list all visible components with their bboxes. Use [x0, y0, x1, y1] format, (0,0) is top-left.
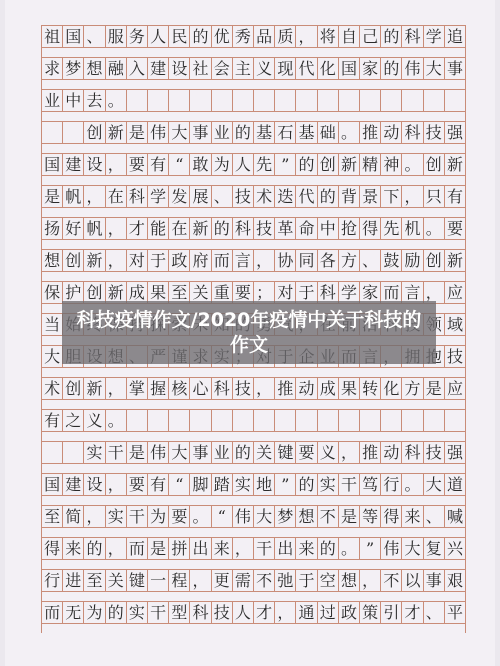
grid-cell: 至 — [83, 570, 104, 591]
grid-cell: 只 — [423, 186, 444, 207]
grid-cell: 想 — [83, 58, 104, 79]
grid-cell: 推 — [274, 378, 295, 399]
grid-cell: 兴 — [444, 538, 466, 559]
grid-cell — [380, 410, 401, 431]
grid-cell: 国 — [41, 474, 62, 495]
grid-cell — [380, 90, 401, 111]
grid-cell: 代 — [295, 58, 316, 79]
grid-cell — [317, 410, 338, 431]
grid-cell: 的 — [380, 58, 401, 79]
grid-cell: “ — [211, 506, 232, 527]
grid-cell: 得 — [359, 218, 380, 239]
grid-cell: 义 — [83, 410, 104, 431]
grid-cell: 设 — [83, 474, 104, 495]
row-gap — [41, 592, 466, 601]
title-overlay: 科技疫情作文/2020年疫情中关于科技的作文 — [62, 301, 436, 364]
grid-cell: 业 — [211, 122, 232, 143]
grid-cell: 大 — [401, 538, 422, 559]
grid-cell: 家 — [359, 58, 380, 79]
grid-cell: 务 — [126, 26, 147, 47]
row-gap — [41, 624, 466, 633]
grid-cell: 更 — [211, 570, 232, 591]
grid-cell: 祖 — [41, 26, 62, 47]
grid-cell: 技 — [423, 122, 444, 143]
grid-cell: 空 — [317, 570, 338, 591]
grid-cell: 大 — [253, 506, 274, 527]
grid-cell: 大 — [423, 58, 444, 79]
grid-cell: 建 — [62, 474, 83, 495]
grid-cell: 人 — [147, 26, 168, 47]
grid-cell: 民 — [168, 26, 189, 47]
grid-cell: 扬 — [41, 218, 62, 239]
grid-cell: 是 — [338, 506, 359, 527]
grid-cell: ， — [105, 538, 126, 559]
grid-cell — [401, 410, 422, 431]
grid-cell: 政 — [168, 250, 189, 271]
grid-cell: 的 — [83, 538, 104, 559]
grid-cell: 基 — [295, 122, 316, 143]
grid-cell: 科 — [232, 218, 253, 239]
grid-cell: 程 — [168, 570, 189, 591]
grid-cell: 事 — [423, 570, 444, 591]
grid-cell: 伟 — [147, 442, 168, 463]
grid-cell: 至 — [41, 506, 62, 527]
grid-cell: 新 — [444, 154, 466, 175]
grid-cell: 自 — [338, 26, 359, 47]
grid-cell: 得 — [380, 506, 401, 527]
grid-row: 实干是伟大事业的关键要义，推动科技强 — [41, 441, 466, 473]
grid-cell: 事 — [189, 122, 210, 143]
grid-row: 求梦想融入建设社会主义现代化国家的伟大事 — [41, 57, 466, 89]
grid-cell: 石 — [274, 122, 295, 143]
grid-cell: 科 — [317, 282, 338, 303]
grid-cell: 需 — [232, 570, 253, 591]
grid-cell: 过 — [317, 602, 338, 623]
grid-cell: 设 — [168, 58, 189, 79]
grid-cell: 新 — [105, 282, 126, 303]
grid-cell: ， — [105, 218, 126, 239]
grid-cell: 以 — [401, 570, 422, 591]
grid-row-cells: 扬好帆，才能在新的科技革命中抢得先机。要 — [41, 217, 466, 240]
grid-cell: 、 — [423, 506, 444, 527]
grid-cell: 学 — [338, 282, 359, 303]
grid-cell: 要 — [126, 474, 147, 495]
grid-cell: 技 — [253, 218, 274, 239]
grid-cell: 等 — [359, 506, 380, 527]
grid-cell: 动 — [380, 442, 401, 463]
grid-cell: 的 — [295, 474, 316, 495]
grid-cell: 业 — [211, 442, 232, 463]
grid-cell: 掌 — [126, 378, 147, 399]
grid-cell: 果 — [147, 282, 168, 303]
grid-cell: ， — [401, 186, 422, 207]
row-gap — [41, 272, 466, 281]
grid-cell: 要 — [295, 442, 316, 463]
grid-cell: 保 — [41, 282, 62, 303]
grid-cell: 各 — [317, 250, 338, 271]
row-gap — [41, 112, 466, 121]
grid-cell: 而 — [126, 538, 147, 559]
grid-row: 祖国、服务人民的优秀品质，将自己的科学追 — [41, 25, 466, 57]
grid-cell: ， — [359, 570, 380, 591]
grid-cell — [211, 90, 232, 111]
grid-cell: 强 — [444, 442, 466, 463]
grid-row-cells: 有之义。 — [41, 409, 466, 432]
grid-cell: 是 — [423, 378, 444, 399]
grid-cell: 能 — [147, 218, 168, 239]
grid-cell: 业 — [41, 90, 62, 111]
grid-cell: 发 — [168, 186, 189, 207]
grid-cell — [423, 410, 444, 431]
grid-cell: 迭 — [274, 186, 295, 207]
grid-cell: 实 — [105, 506, 126, 527]
grid-cell — [62, 122, 83, 143]
grid-cell: 创 — [83, 282, 104, 303]
grid-cell: ” — [274, 154, 295, 175]
grid-cell: 道 — [444, 474, 466, 495]
grid-row-cells: 得来的，而是拼出来，干出来的。”伟大复兴 — [41, 537, 466, 560]
grid-cell — [41, 442, 62, 463]
grid-cell — [274, 410, 295, 431]
grid-cell: 己 — [359, 26, 380, 47]
grid-cell: 言 — [232, 250, 253, 271]
grid-cell: 求 — [41, 58, 62, 79]
grid-cell: 科 — [189, 602, 210, 623]
grid-row-cells: 国建设，要有“敢为人先”的创新精神。创新 — [41, 153, 466, 176]
grid-cell: 技 — [423, 442, 444, 463]
grid-cell: 技 — [444, 346, 466, 367]
grid-cell — [126, 90, 147, 111]
grid-cell — [147, 90, 168, 111]
grid-cell — [189, 410, 210, 431]
grid-cell: 想 — [295, 506, 316, 527]
grid-cell: 化 — [317, 58, 338, 79]
grid-cell: 去 — [83, 90, 104, 111]
grid-cell: 、 — [359, 250, 380, 271]
grid-cell: 、 — [83, 26, 104, 47]
grid-cell: 革 — [274, 218, 295, 239]
grid-cell: 伟 — [380, 538, 401, 559]
grid-cell: ， — [253, 378, 274, 399]
grid-cell: 新 — [444, 250, 466, 271]
grid-cell: 有 — [41, 410, 62, 431]
grid-cell: 建 — [62, 154, 83, 175]
grid-row-cells: 至简，实干为要。“伟大梦想不是等得来、喊 — [41, 505, 466, 528]
grid-cell: 复 — [423, 538, 444, 559]
grid-cell: 握 — [147, 378, 168, 399]
grid-cell: 通 — [295, 602, 316, 623]
grid-row-cells: 是帆，在科学发展、技术迭代的背景下，只有 — [41, 185, 466, 208]
grid-cell: 的 — [317, 186, 338, 207]
grid-cell: 技 — [211, 602, 232, 623]
grid-cell: 于 — [295, 282, 316, 303]
grid-cell: 在 — [168, 218, 189, 239]
grid-cell: ， — [189, 570, 210, 591]
grid-cell: 键 — [274, 442, 295, 463]
grid-cell: 背 — [338, 186, 359, 207]
grid-cell: 想 — [41, 250, 62, 271]
grid-cell: 果 — [338, 378, 359, 399]
grid-cell — [62, 442, 83, 463]
grid-cell: 新 — [105, 122, 126, 143]
grid-cell: 新 — [83, 250, 104, 271]
grid-cell: 精 — [359, 154, 380, 175]
grid-cell: 化 — [380, 378, 401, 399]
grid-cell: 来 — [401, 506, 422, 527]
grid-cell: 出 — [189, 538, 210, 559]
grid-cell: 义 — [317, 442, 338, 463]
grid-cell: 技 — [232, 378, 253, 399]
grid-cell: 先 — [380, 218, 401, 239]
grid-cell: 的 — [232, 442, 253, 463]
row-gap — [41, 80, 466, 89]
grid-cell: 的 — [105, 602, 126, 623]
grid-cell: ， — [338, 442, 359, 463]
grid-cell: 好 — [62, 218, 83, 239]
grid-cell: 推 — [359, 122, 380, 143]
grid-row: 有之义。 — [41, 409, 466, 441]
grid-row-cells: 而无为的实干型科技人才，通过政策引才、平 — [41, 601, 466, 624]
grid-cell — [189, 90, 210, 111]
grid-cell: 。 — [338, 538, 359, 559]
grid-cell: 键 — [126, 570, 147, 591]
grid-cell: 弛 — [274, 570, 295, 591]
grid-cell: 重 — [211, 282, 232, 303]
grid-cell: ， — [274, 602, 295, 623]
grid-cell: 协 — [274, 250, 295, 271]
grid-cell: 现 — [274, 58, 295, 79]
grid-cell: ” — [274, 474, 295, 495]
grid-cell: 不 — [253, 570, 274, 591]
grid-cell: 主 — [232, 58, 253, 79]
grid-cell — [147, 410, 168, 431]
grid-cell: 。 — [189, 506, 210, 527]
grid-cell: 大 — [168, 122, 189, 143]
grid-cell: 一 — [147, 570, 168, 591]
grid-cell: 推 — [359, 442, 380, 463]
grid-row-cells: 创新是伟大事业的基石基础。推动科技强 — [41, 121, 466, 144]
row-gap — [41, 464, 466, 473]
grid-cell: 是 — [126, 122, 147, 143]
grid-cell: 而 — [41, 602, 62, 623]
grid-cell: 术 — [41, 378, 62, 399]
grid-cell: 笃 — [359, 474, 380, 495]
grid-cell: 喊 — [444, 506, 466, 527]
grid-cell: 核 — [168, 378, 189, 399]
grid-cell: 科 — [401, 442, 422, 463]
grid-cell: ， — [232, 538, 253, 559]
grid-row: 国建设，要有“脚踏实地”的实干笃行。大道 — [41, 473, 466, 505]
row-gap — [41, 208, 466, 217]
grid-cell: 对 — [274, 282, 295, 303]
grid-cell: 干 — [338, 474, 359, 495]
grid-cell: 有 — [147, 474, 168, 495]
grid-cell: 事 — [444, 58, 466, 79]
grid-cell: 要 — [168, 506, 189, 527]
grid-row: 扬好帆，才能在新的科技革命中抢得先机。要 — [41, 217, 466, 249]
grid-cell: 新 — [83, 378, 104, 399]
grid-cell: 帆 — [83, 218, 104, 239]
grid-cell: 伟 — [401, 58, 422, 79]
grid-cell: 动 — [295, 378, 316, 399]
grid-cell: 要 — [126, 154, 147, 175]
grid-cell: 。 — [338, 122, 359, 143]
grid-cell — [401, 90, 422, 111]
grid-cell: 大 — [423, 474, 444, 495]
row-gap — [41, 400, 466, 409]
grid-cell: 大 — [168, 442, 189, 463]
grid-cell: 才 — [401, 602, 422, 623]
grid-cell: 干 — [126, 506, 147, 527]
grid-cell: 的 — [189, 26, 210, 47]
grid-cell — [444, 90, 466, 111]
grid-cell: 不 — [317, 506, 338, 527]
grid-cell: 新 — [189, 218, 210, 239]
grid-cell: 基 — [253, 122, 274, 143]
grid-cell: 实 — [83, 442, 104, 463]
grid-cell: 要 — [232, 282, 253, 303]
grid-cell: 础 — [317, 122, 338, 143]
grid-cell: 大 — [41, 346, 62, 367]
grid-cell: ， — [105, 250, 126, 271]
grid-cell: 强 — [444, 122, 466, 143]
grid-cell: “ — [168, 154, 189, 175]
grid-cell: 优 — [211, 26, 232, 47]
grid-cell: 义 — [253, 58, 274, 79]
grid-cell: 无 — [62, 602, 83, 623]
grid-cell: 言 — [401, 282, 422, 303]
grid-cell: 来 — [295, 538, 316, 559]
grid-cell: 对 — [126, 250, 147, 271]
grid-cell: 伟 — [232, 506, 253, 527]
overlay-title: 科技疫情作文/2020年疫情中关于科技的作文 — [62, 308, 436, 358]
grid-cell: 平 — [444, 602, 466, 623]
grid-cell: 中 — [62, 90, 83, 111]
grid-cell — [338, 90, 359, 111]
grid-cell: 国 — [62, 26, 83, 47]
grid-row: 得来的，而是拼出来，干出来的。”伟大复兴 — [41, 537, 466, 569]
grid-cell: 会 — [211, 58, 232, 79]
grid-cell: 不 — [380, 570, 401, 591]
grid-cell: 、 — [423, 602, 444, 623]
grid-cell: ， — [105, 474, 126, 495]
row-gap — [41, 240, 466, 249]
grid-cell: 励 — [401, 250, 422, 271]
grid-cell: 有 — [444, 186, 466, 207]
grid-cell: 为 — [83, 602, 104, 623]
grid-cell — [253, 410, 274, 431]
grid-cell: ； — [253, 282, 274, 303]
grid-cell: 而 — [380, 282, 401, 303]
grid-cell: 抢 — [338, 218, 359, 239]
grid-cell: 引 — [380, 602, 401, 623]
grid-cell: ， — [295, 26, 316, 47]
grid-row-cells: 祖国、服务人民的优秀品质，将自己的科学追 — [41, 25, 466, 48]
grid-cell: 融 — [105, 58, 126, 79]
grid-cell: 、 — [211, 186, 232, 207]
grid-cell: 先 — [253, 154, 274, 175]
grid-cell: 秀 — [232, 26, 253, 47]
grid-cell — [295, 410, 316, 431]
grid-cell: 方 — [401, 378, 422, 399]
grid-cell: 干 — [147, 602, 168, 623]
grid-cell: 。 — [423, 218, 444, 239]
grid-cell: 想 — [338, 570, 359, 591]
grid-cell: 为 — [211, 154, 232, 175]
grid-cell: 出 — [274, 538, 295, 559]
grid-cell: 国 — [338, 58, 359, 79]
grid-cell: 追 — [444, 26, 466, 47]
grid-cell — [317, 90, 338, 111]
grid-cell: 社 — [189, 58, 210, 79]
grid-row: 至简，实干为要。“伟大梦想不是等得来、喊 — [41, 505, 466, 537]
grid-cell: “ — [168, 474, 189, 495]
grid-cell: 创 — [423, 154, 444, 175]
row-gap — [41, 368, 466, 377]
grid-cell: 转 — [359, 378, 380, 399]
grid-cell: 中 — [317, 218, 338, 239]
grid-cell: 踏 — [211, 474, 232, 495]
grid-cell: 技 — [232, 186, 253, 207]
grid-cell: 府 — [189, 250, 210, 271]
grid-cell — [359, 410, 380, 431]
grid-cell: 是 — [41, 186, 62, 207]
row-gap — [41, 176, 466, 185]
grid-cell: 梦 — [62, 58, 83, 79]
grid-row-cells: 实干是伟大事业的关键要义，推动科技强 — [41, 441, 466, 464]
grid-cell — [423, 90, 444, 111]
grid-cell: 事 — [189, 442, 210, 463]
grid-cell — [253, 90, 274, 111]
grid-cell: 来 — [62, 538, 83, 559]
grid-cell: 国 — [41, 154, 62, 175]
grid-cell — [359, 90, 380, 111]
grid-cell: 帆 — [62, 186, 83, 207]
row-gap — [41, 496, 466, 505]
grid-cell: 科 — [211, 378, 232, 399]
grid-cell: 拼 — [168, 538, 189, 559]
grid-cell: 创 — [423, 250, 444, 271]
grid-cell — [444, 410, 466, 431]
grid-cell: 为 — [147, 506, 168, 527]
grid-cell: 实 — [317, 474, 338, 495]
grid-cell: 地 — [253, 474, 274, 495]
grid-cell: 干 — [253, 538, 274, 559]
grid-cell: 应 — [444, 378, 466, 399]
grid-cell: 护 — [62, 282, 83, 303]
grid-cell — [338, 410, 359, 431]
grid-cell: 创 — [62, 250, 83, 271]
grid-cell: 策 — [359, 602, 380, 623]
grid-cell: 行 — [41, 570, 62, 591]
grid-cell: 创 — [317, 154, 338, 175]
grid-cell: 。 — [401, 154, 422, 175]
grid-cell: 人 — [232, 602, 253, 623]
grid-cell — [295, 90, 316, 111]
grid-cell: 。 — [401, 474, 422, 495]
grid-cell: 。 — [105, 410, 126, 431]
grid-cell — [274, 90, 295, 111]
grid-cell: 代 — [295, 186, 316, 207]
grid-cell: 命 — [295, 218, 316, 239]
grid-cell — [211, 410, 232, 431]
grid-cell: 术 — [253, 186, 274, 207]
grid-cell: 质 — [274, 26, 295, 47]
grid-cell: ， — [253, 250, 274, 271]
grid-cell: 展 — [189, 186, 210, 207]
row-gap — [41, 528, 466, 537]
grid-cell: 成 — [317, 378, 338, 399]
